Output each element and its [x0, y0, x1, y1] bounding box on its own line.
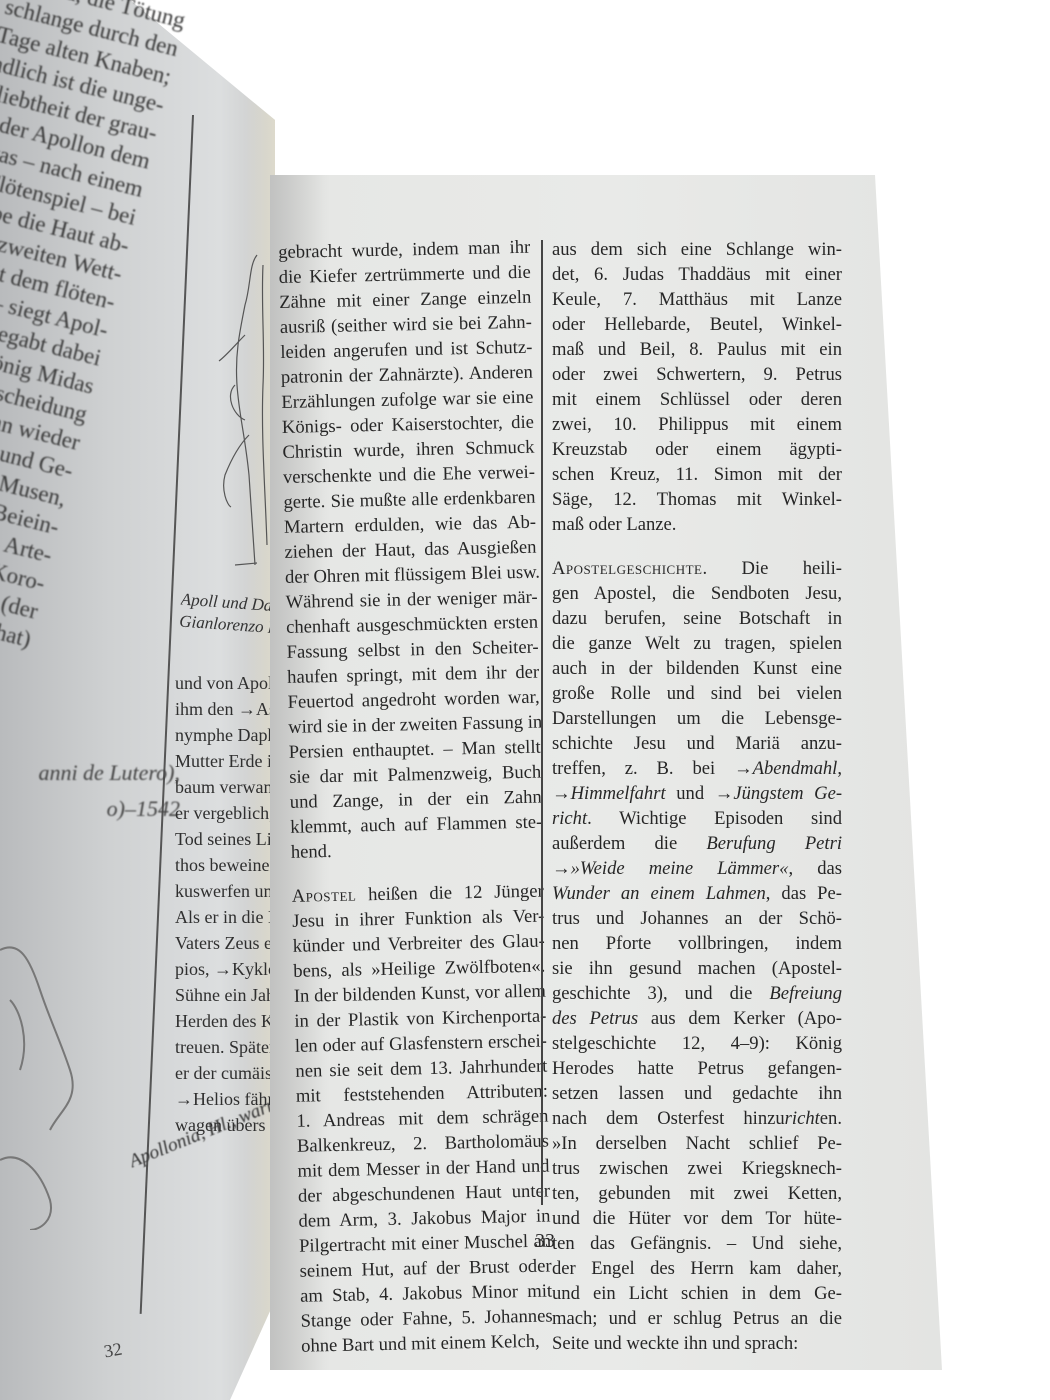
text-line: ten das Gefängnis. – Und siehe,: [552, 1231, 842, 1256]
text-line: oder Hellebarde, Beutel, Winkel-: [552, 312, 842, 337]
text-line: Vaters Zeus eingreift: [175, 930, 285, 956]
text-line: er der cumäischen →Si: [175, 1060, 285, 1086]
page-number-left: 32: [102, 1339, 123, 1363]
text-line: klemmt, auch auf Flammen ste-: [290, 810, 542, 840]
text-line: Kreuzstab oder einem ägypti-: [552, 437, 842, 462]
text-line: des Petrus aus dem Kerker (Apo-: [552, 1006, 842, 1031]
page-number-right: 33: [535, 1230, 555, 1253]
caption-line: anni de Lutero),: [0, 755, 180, 791]
text-line: und ein Licht schien in dem Ge-: [552, 1281, 842, 1306]
text-line: geschichte 3), und die Befreiung: [552, 981, 842, 1006]
text-line: trus und Johannes an der Schö-: [552, 906, 842, 931]
left-page-caption: anni de Lutero), o)–1542: [0, 755, 180, 827]
text-line: dazu berufen, seine Botschaft in: [552, 606, 842, 631]
text-line: aus dem sich eine Schlange win-: [552, 237, 842, 262]
text-line: Keule, 7. Matthäus mit Lanze: [552, 287, 842, 312]
text-line: maß und Beil, 8. Paulus mit ein: [552, 337, 842, 362]
text-line: oder zwei Schwertern, 9. Petrus: [552, 362, 842, 387]
text-line: ohne Bart und mit einem Kelch,: [301, 1328, 553, 1358]
text-line: ten, gebunden mit zwei Ketten,: [552, 1181, 842, 1206]
text-line: →»Weide meine Lämmer«, das: [552, 856, 842, 881]
apollo-statue-sketch: [205, 245, 275, 585]
text-line: zwei, 10. Philippus mit einem: [552, 412, 842, 437]
paragraph-gap: [552, 537, 842, 556]
text-line: trus zwischen zwei Kriegsknech-: [552, 1156, 842, 1181]
figure-sketch: [0, 930, 100, 1230]
text-line: baum verwandelt und: [175, 774, 285, 800]
text-line: treffen, z. B. bei →Abendmahl,: [552, 756, 842, 781]
left-page-column-2: und von Apoll getötetihm den →Asklepiosn…: [175, 670, 285, 1138]
text-line: schen Kreuz, 11. Simon mit der: [552, 462, 842, 487]
text-line: kuswerfen unabsicht: [175, 878, 285, 904]
text-line: setzen lassen und gedachte ihn: [552, 1081, 842, 1106]
text-line: Herodes hatte Petrus gefangen-: [552, 1056, 842, 1081]
text-line: sie ihn gesund machen (Apostel-: [552, 956, 842, 981]
text-line: maß oder Lanze.: [552, 512, 842, 537]
text-line: treuen. Später in Rom: [175, 1034, 285, 1060]
text-line: Sühne ein Jahr lang als: [175, 982, 285, 1008]
text-line: Säge, 12. Thomas mit Winkel-: [552, 487, 842, 512]
text-line: pios, →Kyklopen), mu: [175, 956, 285, 982]
text-line: schichte Jesu und Mariä anzu-: [552, 731, 842, 756]
text-line: det, 6. Judas Thaddäus mit einer: [552, 262, 842, 287]
text-line: Als er in die Machtbe: [175, 904, 285, 930]
text-line: thos beweinen, den er: [175, 852, 285, 878]
text-line: Mutter Erde in einen: [175, 748, 285, 774]
column-divider: [541, 240, 543, 1205]
text-line: nach dem Osterfest hinzurichten.: [552, 1106, 842, 1131]
text-line: nen Pforte vollbringen, indem: [552, 931, 842, 956]
text-line: richt. Wichtige Episoden sind: [552, 806, 842, 831]
text-line: Herden des Königs Ad: [175, 1008, 285, 1034]
text-line: Tod seines Lieblings: [175, 826, 285, 852]
text-line: →Himmelfahrt und →Jüngstem Ge-: [552, 781, 842, 806]
text-line: stelgeschichte 12, 4–9): König: [552, 1031, 842, 1056]
text-line: gen Apostel, die Sendboten Jesu,: [552, 581, 842, 606]
text-line: außerdem die Berufung Petri: [552, 831, 842, 856]
text-line: Wunder an einem Lahmen, das Pe-: [552, 881, 842, 906]
text-line: Darstellungen um die Lebensge-: [552, 706, 842, 731]
caption-line: o)–1542: [0, 791, 180, 827]
text-line: und die Hüter vor dem Tor hüte-: [552, 1206, 842, 1231]
text-line: nymphe Daphne, die: [175, 722, 285, 748]
text-line: auch in der bildenden Kunst eine: [552, 656, 842, 681]
text-line: er vergeblich, und er: [175, 800, 285, 826]
text-line: Seite und weckte ihn und sprach:: [552, 1331, 842, 1356]
text-line: mit einem Schlüssel oder deren: [552, 387, 842, 412]
text-line: mach; und er schlug Petrus an die: [552, 1306, 842, 1331]
text-line: Apostelgeschichte. Die heili-: [552, 556, 842, 581]
illustration-caption: Apoll und Daphne Gianlorenzo Bernini, 1: [179, 589, 282, 640]
text-column-right: aus dem sich eine Schlange win-det, 6. J…: [552, 237, 842, 1356]
entry-headword: Apostel: [292, 885, 357, 907]
text-line: und von Apoll getötet: [175, 670, 285, 696]
text-line: ihm den →Asklepios: [175, 696, 285, 722]
text-column-left: gebracht wurde, indem man ihrdie Kiefer …: [278, 235, 553, 1359]
entry-headword: Apostelgeschichte: [552, 558, 703, 579]
text-line: »In derselben Nacht schlief Pe-: [552, 1131, 842, 1156]
text-line: große Rolle und sind bei vielen: [552, 681, 842, 706]
text-line: der Engel des Herrn kam daher,: [552, 1256, 842, 1281]
text-line: die ganze Welt zu tragen, spielen: [552, 631, 842, 656]
